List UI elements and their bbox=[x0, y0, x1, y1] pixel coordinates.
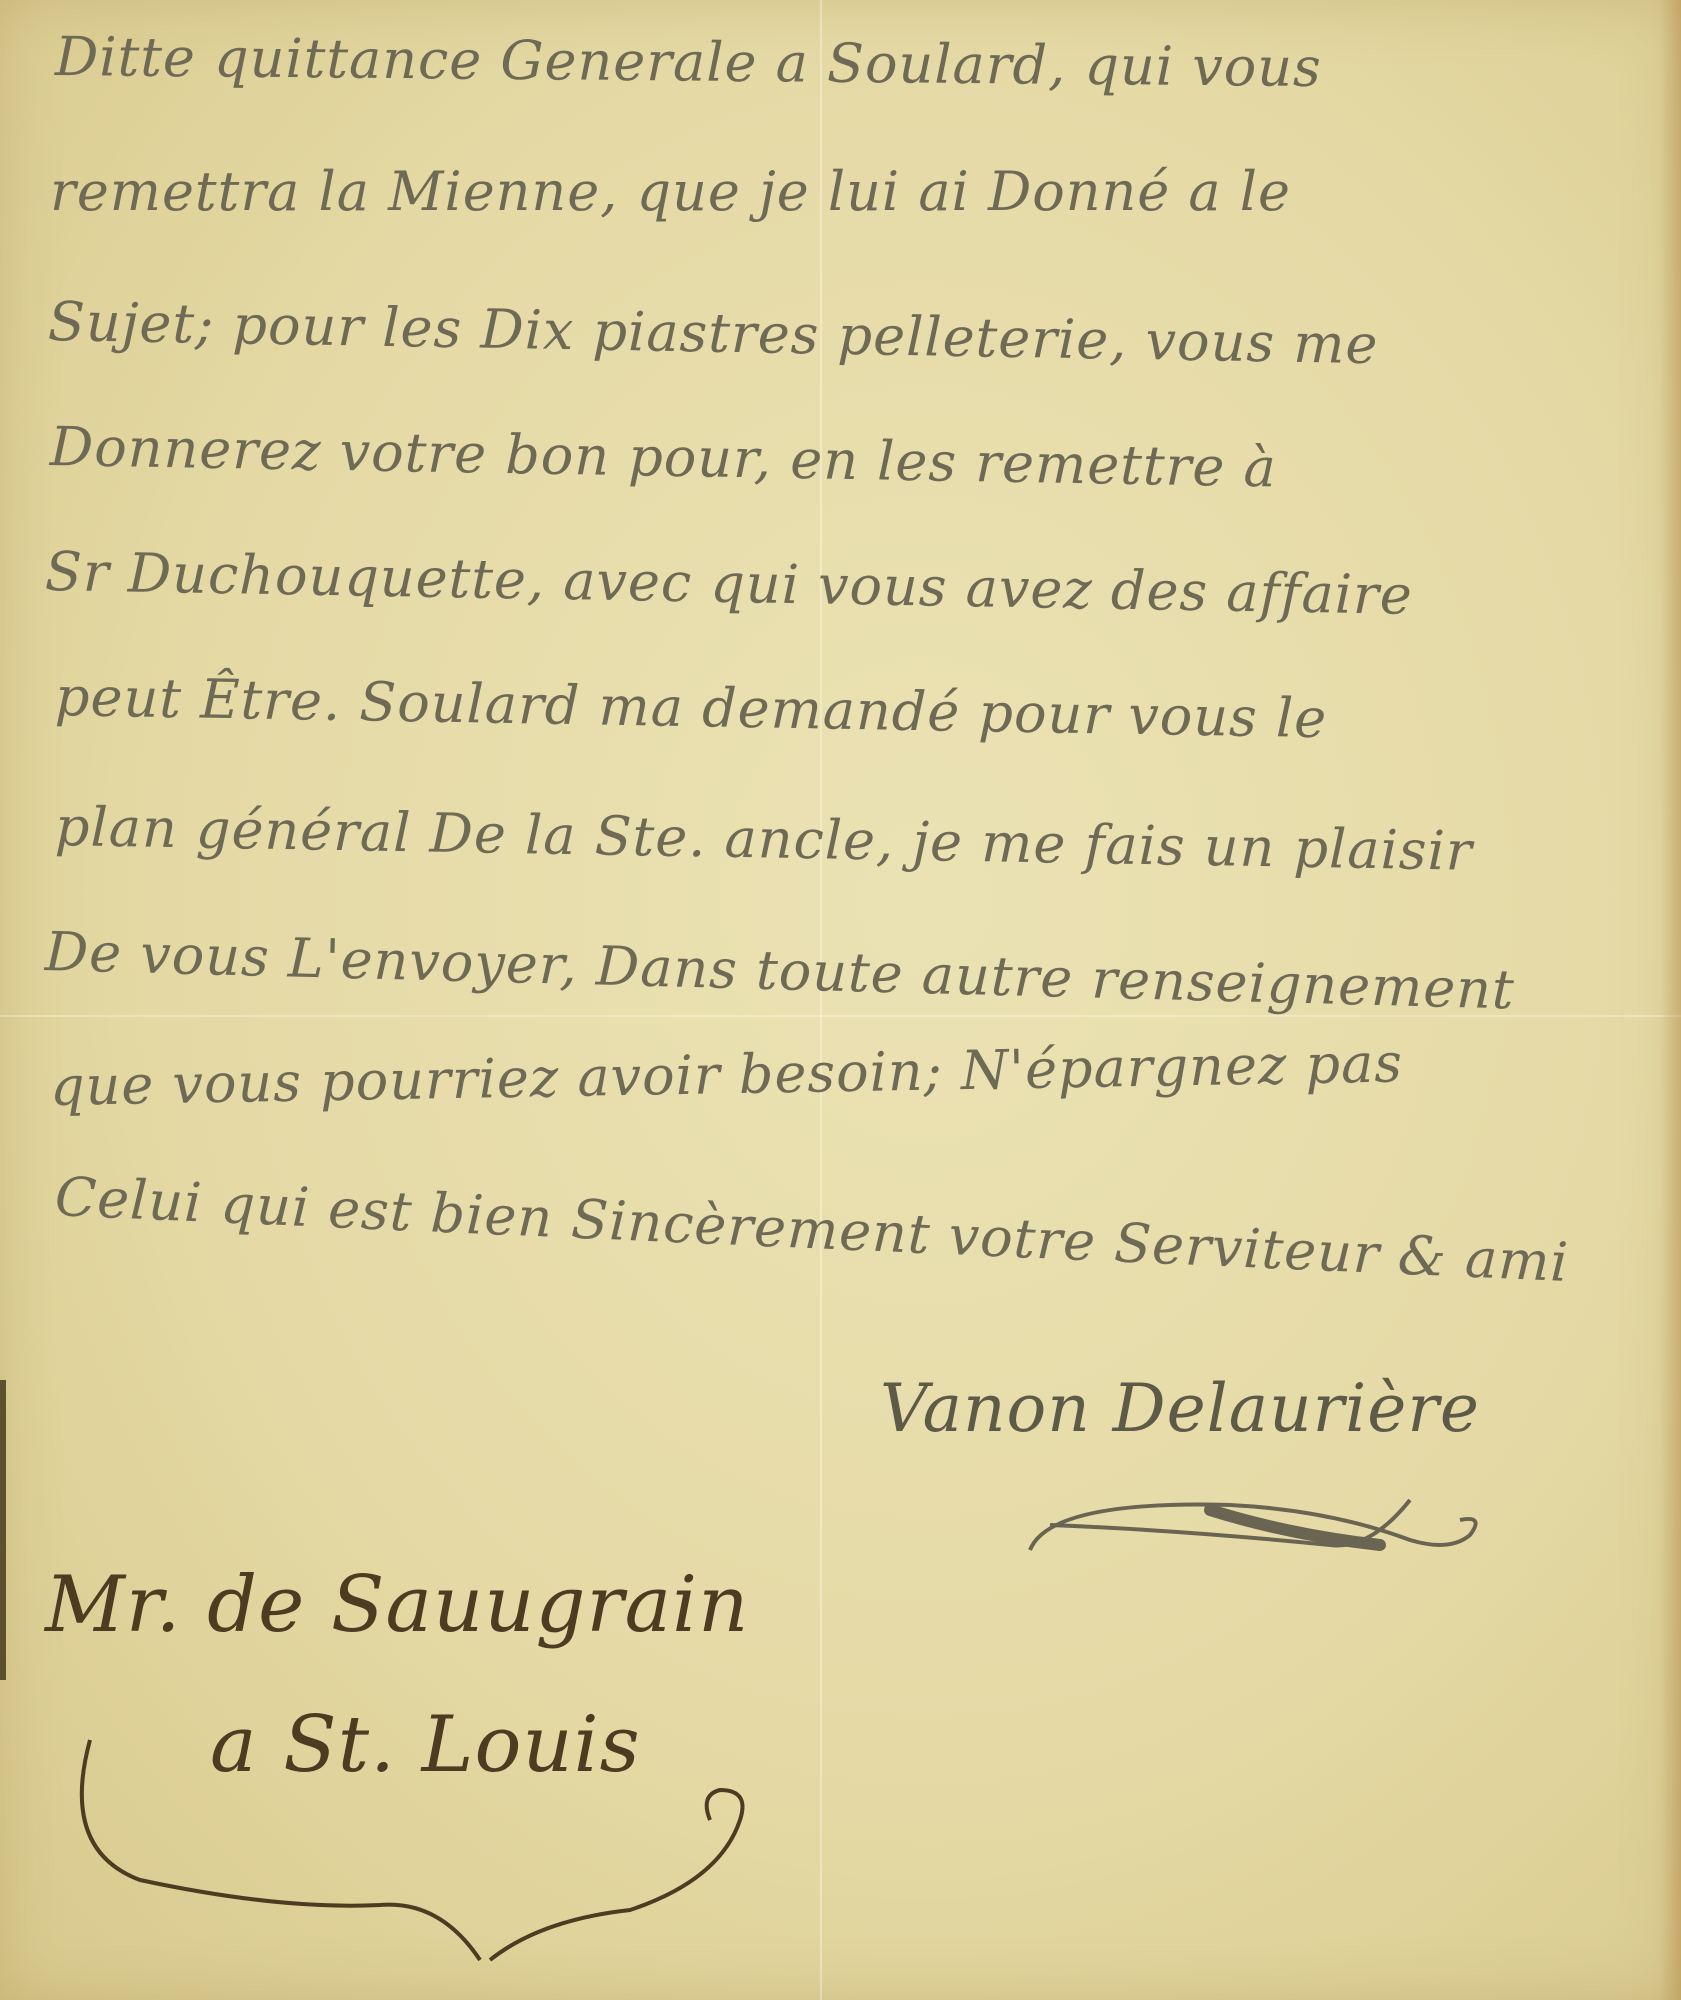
letter-line-10: Celui qui est bien Sincèrement votre Ser… bbox=[54, 1165, 1570, 1294]
signature-flourish bbox=[1030, 1490, 1530, 1570]
letter-line-9: que vous pourriez avoir besoin; N'épargn… bbox=[49, 1031, 1403, 1118]
letter-line-1: Ditte quittance Generale a Soulard, qui … bbox=[55, 25, 1322, 99]
letter-line-3: Sujet; pour les Dix piastres pelleterie,… bbox=[47, 290, 1379, 376]
paper-edge-shadow bbox=[0, 1380, 6, 1680]
paper-edge-stain bbox=[1659, 0, 1681, 2000]
letter-line-6: peut Être. Soulard ma demandé pour vous … bbox=[54, 665, 1327, 750]
letter-line-4: Donnerez votre bon pour, en les remettre… bbox=[49, 415, 1277, 499]
letter-line-2: remettra la Mienne, que je lui ai Donné … bbox=[50, 160, 1291, 223]
letter-page: Ditte quittance Generale a Soulard, qui … bbox=[0, 0, 1681, 2000]
letter-line-7: plan général De la Ste. ancle, je me fai… bbox=[54, 795, 1473, 883]
signature: Vanon Delaurière bbox=[880, 1370, 1480, 1447]
letter-line-8: De vous L'envoyer, Dans toute autre rens… bbox=[44, 920, 1515, 1021]
address-flourish bbox=[60, 1730, 760, 1930]
address-recipient: Mr. de Sauugrain bbox=[45, 1560, 749, 1650]
letter-line-5: Sr Duchouquette, avec qui vous avez des … bbox=[44, 540, 1413, 627]
